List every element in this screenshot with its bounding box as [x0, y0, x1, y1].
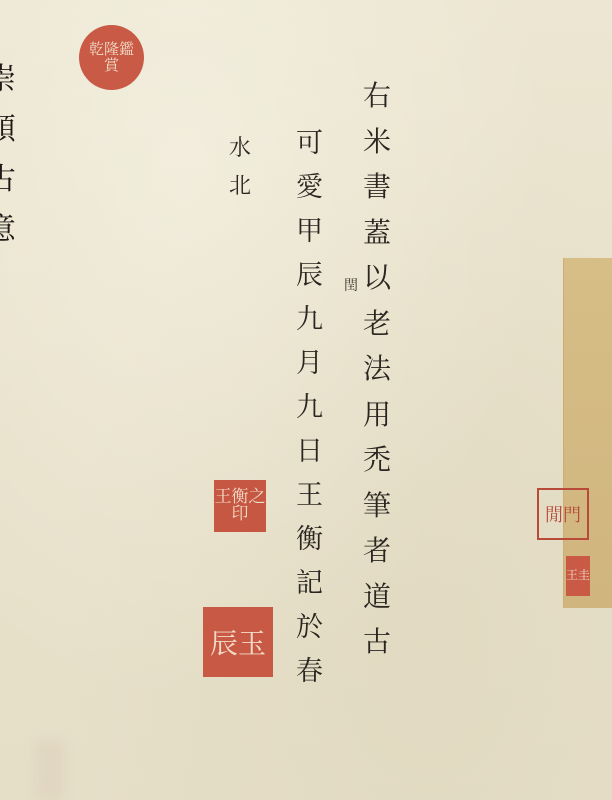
char: 記: [296, 570, 323, 597]
char: 老: [363, 310, 391, 338]
char: 古: [0, 165, 16, 195]
char: 崇: [0, 65, 16, 95]
paper-stain: [35, 740, 65, 800]
char: 日: [296, 438, 323, 465]
char: 者: [363, 537, 391, 565]
note-column: 水 北: [229, 138, 251, 198]
interlinear-note-char: 閏: [344, 275, 358, 295]
char: 九: [296, 306, 323, 333]
char: 古: [363, 628, 391, 656]
char: 米: [363, 128, 391, 156]
char: 道: [363, 583, 391, 611]
char: 王: [296, 482, 323, 509]
char: 北: [229, 176, 251, 198]
char: 水: [229, 138, 251, 160]
char: 辰: [296, 262, 323, 289]
char: 於: [296, 614, 323, 641]
char: 法: [363, 355, 391, 383]
char: 意: [0, 215, 16, 245]
round-collector-seal: 乾隆鑑賞: [79, 25, 144, 90]
char: 春: [296, 658, 323, 685]
square-seal-upper: 王衡之印: [214, 480, 266, 532]
char: 甲: [296, 218, 323, 245]
small-seal-right: 王圭: [566, 556, 590, 596]
char: 蓋: [363, 219, 391, 247]
char: 愛: [296, 174, 323, 201]
char: 右: [363, 82, 391, 110]
char: 筆: [363, 492, 391, 520]
main-inscription-column: 右 米 書 蓋 以 老 法 用 禿 筆 者 道 古: [363, 82, 391, 656]
char: 用: [363, 401, 391, 429]
char: 月: [296, 350, 323, 377]
char: 頑: [0, 115, 16, 145]
square-seal-lower: 辰玉: [203, 607, 273, 677]
char: 可: [296, 130, 323, 157]
char: 禿: [363, 446, 391, 474]
char: 衡: [296, 526, 323, 553]
char: 九: [296, 394, 323, 421]
char: 以: [363, 264, 391, 292]
left-edge-partial-column: 崇 頑 古 意: [0, 65, 16, 245]
char: 書: [363, 173, 391, 201]
second-inscription-column: 可 愛 甲 辰 九 月 九 日 王 衡 記 於 春: [296, 130, 323, 685]
outline-seal-right: 閒門: [537, 488, 589, 540]
